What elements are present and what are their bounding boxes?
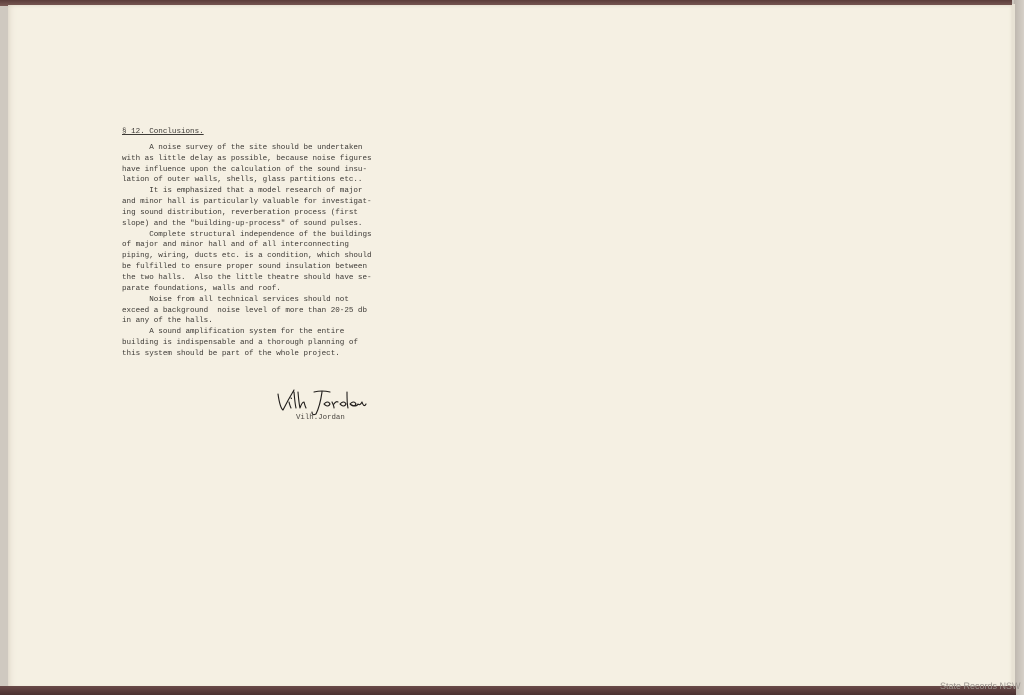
text-line: It is emphasized that a model research o… xyxy=(122,186,382,197)
text-line: with as little delay as possible, becaus… xyxy=(122,154,382,165)
text-line: building is indispensable and a thorough… xyxy=(122,338,382,349)
text-line: the two halls. Also the little theatre s… xyxy=(122,273,382,284)
text-line: of major and minor hall and of all inter… xyxy=(122,240,382,251)
text-line: parate foundations, walls and roof. xyxy=(122,284,382,295)
text-line: piping, wiring, ducts etc. is a conditio… xyxy=(122,251,382,262)
scan-background-right xyxy=(1014,0,1024,695)
text-line: be fulfilled to ensure proper sound insu… xyxy=(122,262,382,273)
section-body: A noise survey of the site should be und… xyxy=(122,143,382,360)
text-line: Complete structural independence of the … xyxy=(122,230,382,241)
text-line: A noise survey of the site should be und… xyxy=(122,143,382,154)
text-line: this system should be part of the whole … xyxy=(122,349,382,360)
text-line: exceed a background noise level of more … xyxy=(122,306,382,317)
cover-bottom-edge xyxy=(0,686,1016,695)
conclusions-section: § 12. Conclusions. A noise survey of the… xyxy=(122,127,382,360)
text-line: A sound amplification system for the ent… xyxy=(122,327,382,338)
section-heading: § 12. Conclusions. xyxy=(122,127,204,138)
text-line: slope) and the "building-up-process" of … xyxy=(122,219,382,230)
text-line: have influence upon the calculation of t… xyxy=(122,165,382,176)
archive-watermark: State Records NSW xyxy=(940,681,1021,691)
typed-signature-name: Vilh.Jordan xyxy=(296,414,345,422)
text-line: and minor hall is particularly valuable … xyxy=(122,197,382,208)
text-line: Noise from all technical services should… xyxy=(122,295,382,306)
text-line: ing sound distribution, reverberation pr… xyxy=(122,208,382,219)
text-line: in any of the halls. xyxy=(122,316,382,327)
page-edge xyxy=(1012,4,1015,688)
text-line: lation of outer walls, shells, glass par… xyxy=(122,175,382,186)
handwritten-signature xyxy=(274,386,374,416)
